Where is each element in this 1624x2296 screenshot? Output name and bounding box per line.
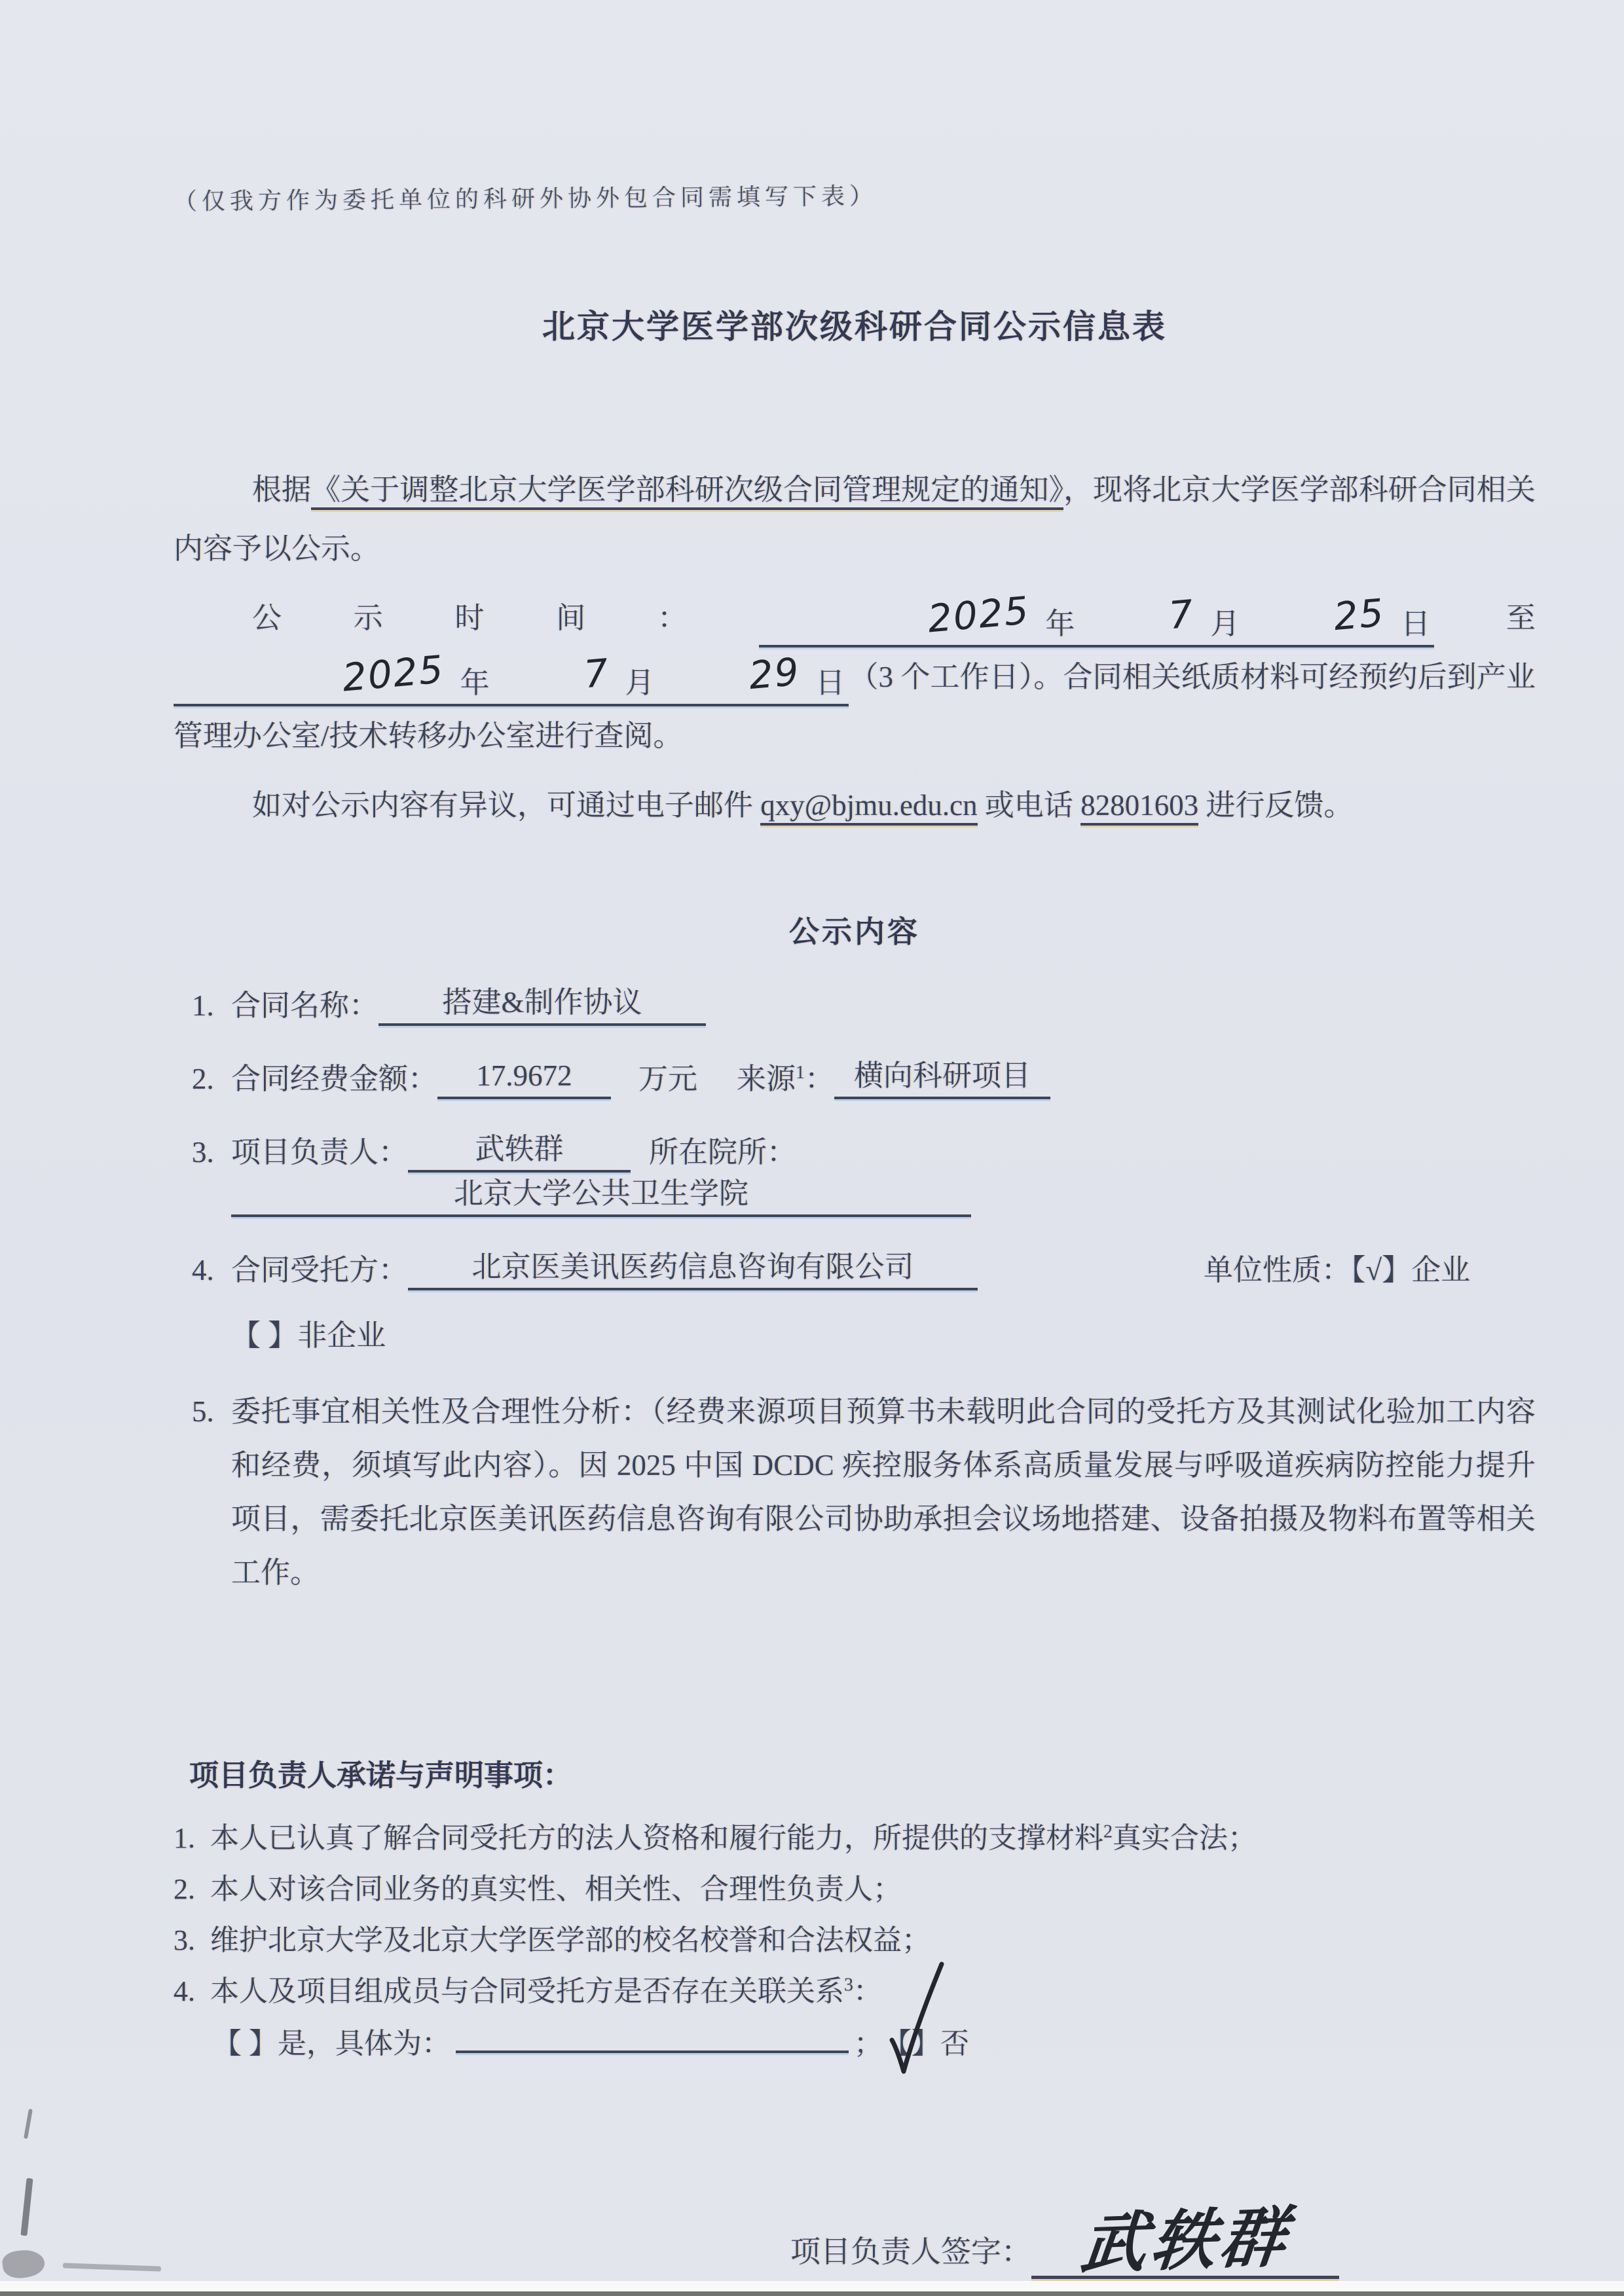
to-char: 至	[1434, 602, 1536, 634]
publicity-label: 公示时间：	[252, 602, 759, 634]
relation-detail-blank	[456, 2050, 849, 2053]
source-value: 横向科研项目	[834, 1055, 1050, 1099]
handwritten-end-year: 2025	[263, 648, 446, 706]
scanned-document-page: （仅我方作为委托单位的科研外协外包合同需填写下表） 北京大学医学部次级科研合同公…	[0, 0, 1624, 2296]
handwritten-start-year: 2025	[848, 589, 1031, 647]
page-title: 北京大学医学部次级科研合同公示信息表	[174, 301, 1536, 348]
feedback-post: 进行反馈。	[1198, 789, 1353, 822]
commitment-2-text: 本人对该合同业务的真实性、相关性、合理性负责人；	[210, 1870, 1536, 1909]
list-item-project-leader: 3. 项目负责人：武轶群所在院所：北京大学公共卫生学院	[192, 1128, 1536, 1217]
unit-month2: 月	[625, 666, 655, 699]
enterprise-checked-option: 【√】企业	[1351, 1254, 1470, 1286]
contract-name-label: 合同名称：	[231, 989, 378, 1022]
list-item-trustee: 4. 合同受托方：北京医美讯医药信息咨询有限公司单位性质：【√】企业 【 】非企…	[192, 1246, 1536, 1356]
unit-year: 年	[1045, 608, 1075, 640]
commitment-item-4: 4. 本人及项目组成员与合同受托方是否存在关联关系3：	[174, 1972, 1536, 2011]
commitment-4-tail: ：	[853, 1975, 882, 2007]
item-number: 2.	[192, 1059, 231, 1099]
institute-value: 北京大学公共卫生学院	[231, 1173, 971, 1217]
unit-day2: 日	[815, 666, 845, 699]
content-list: 1. 合同名称：搭建&制作协议 2. 合同经费金额：17.9672万元来源1：横…	[174, 981, 1536, 1599]
list-item-contract-name: 1. 合同名称：搭建&制作协议	[192, 981, 1536, 1026]
source-colon: ：	[805, 1063, 834, 1095]
handwritten-signature: 武轶群	[1077, 2201, 1293, 2281]
item-number: 3.	[174, 1921, 210, 1960]
commitment-item-3: 3. 维护北京大学及北京大学医学部的校名校誉和合法权益；	[174, 1921, 1536, 1960]
non-enterprise-option: 【 】非企业	[231, 1315, 1536, 1356]
scan-smudge	[63, 2263, 161, 2271]
list-item-analysis: 5. 委托事宜相关性及合理性分析：（经费来源项目预算书未载明此合同的受托方及其测…	[192, 1385, 1536, 1599]
contract-name-value: 搭建&制作协议	[378, 981, 706, 1026]
item-number: 5.	[192, 1391, 231, 1432]
item-number: 4.	[192, 1250, 231, 1290]
commitment-item-1: 1. 本人已认真了解合同受托方的法人资格和履行能力，所提供的支撑材料2真实合法；	[174, 1819, 1536, 1858]
signature-line: 武轶群	[1031, 2204, 1339, 2279]
commitment-item-2: 2. 本人对该合同业务的真实性、相关性、合理性负责人；	[174, 1870, 1536, 1909]
handwritten-end-day: 29	[669, 651, 802, 704]
handwritten-check-icon	[884, 1963, 950, 2087]
item-number: 2.	[174, 1870, 210, 1909]
analysis-label: 委托事宜相关性及合理性分析：	[231, 1395, 651, 1428]
scan-bottom-edge	[0, 2281, 1624, 2291]
feedback-line: 如对公示内容有异议，可通过电子邮件 qxy@bjmu.edu.cn 或电话 82…	[174, 776, 1536, 835]
list-item-contract-amount: 2. 合同经费金额：17.9672万元来源1：横向科研项目	[192, 1055, 1536, 1099]
trustee-label: 合同受托方：	[231, 1254, 408, 1286]
feedback-phone: 82801603	[1080, 789, 1198, 826]
commitment-1-text: 本人已认真了解合同受托方的法人资格和履行能力，所提供的支撑材料	[210, 1822, 1103, 1854]
org-type-label: 单位性质：	[1204, 1254, 1351, 1286]
unit-month: 月	[1210, 608, 1240, 640]
content-section-heading: 公示内容	[174, 908, 1536, 951]
item-number: 3.	[192, 1132, 231, 1173]
signature-row: 项目负责人签字：武轶群	[174, 2204, 1339, 2279]
relation-yes-option: 【 】是，具体为：	[213, 2023, 451, 2065]
commitment-3-text: 维护北京大学及北京大学医学部的校名校誉和合法权益；	[210, 1921, 1536, 1960]
scan-smudge	[24, 2109, 33, 2139]
scan-bottom-shadow	[0, 2291, 1624, 2296]
feedback-email: qxy@bjmu.edu.cn	[760, 789, 977, 826]
relation-answer-line: 【 】是，具体为：；【】否	[213, 2023, 1536, 2065]
feedback-pre: 如对公示内容有异议，可通过电子邮件	[252, 789, 760, 822]
leader-label: 项目负责人：	[231, 1136, 408, 1169]
commitment-4-text: 本人及项目组成员与合同受托方是否存在关联关系	[210, 1975, 844, 2007]
scan-smudge	[1, 2248, 46, 2280]
handwritten-start-month: 7	[1089, 592, 1196, 644]
amount-value: 17.9672	[437, 1055, 611, 1099]
item-number: 4.	[174, 1972, 210, 2011]
publicity-time-line: 公示时间：2025年7月25日至2025年7月29日（3 个工作日）。合同相关纸…	[174, 589, 1536, 765]
trustee-value: 北京医美讯医药信息咨询有限公司	[408, 1246, 978, 1290]
item-number: 1.	[192, 985, 231, 1026]
relation-semicolon: ；	[854, 2023, 883, 2065]
scan-smudge	[20, 2178, 33, 2236]
feedback-mid: 或电话	[978, 789, 1081, 822]
top-note: （仅我方作为委托单位的科研外协外包合同需填写下表）	[174, 173, 1536, 217]
amount-unit: 万元	[638, 1063, 697, 1095]
handwritten-start-day: 25	[1254, 592, 1387, 645]
institute-label: 所在院所：	[649, 1136, 796, 1169]
end-date-blank: 2025年7月29日	[174, 659, 849, 706]
commitment-section-heading: 项目负责人承诺与声明事项：	[189, 1751, 1536, 1794]
amount-label: 合同经费金额：	[231, 1063, 437, 1095]
unit-day: 日	[1401, 608, 1430, 640]
handwritten-end-month: 7	[504, 651, 611, 702]
footnote-marker-2: 2	[1103, 1821, 1113, 1842]
item-number: 1.	[174, 1819, 210, 1858]
footnote-marker-3: 3	[844, 1975, 853, 1995]
leader-name-value: 武轶群	[408, 1128, 631, 1173]
intro-prefix: 根据	[252, 473, 311, 506]
source-footnote-marker: 1	[796, 1063, 805, 1083]
commitment-list: 1. 本人已认真了解合同受托方的法人资格和履行能力，所提供的支撑材料2真实合法；…	[174, 1819, 1536, 2065]
source-label: 来源	[737, 1063, 796, 1095]
relation-no-brackets: 【】	[883, 2023, 940, 2065]
notice-title: 《关于调整北京大学医学部科研次级合同管理规定的通知》	[311, 473, 1063, 510]
signature-label: 项目负责人签字：	[790, 2228, 1031, 2271]
start-date-blank: 2025年7月25日	[759, 600, 1434, 647]
commitment-1-tail: 真实合法；	[1113, 1822, 1257, 1854]
unit-year2: 年	[460, 666, 490, 699]
intro-paragraph: 根据《关于调整北京大学医学部科研次级合同管理规定的通知》，现将北京大学医学部科研…	[174, 460, 1536, 578]
